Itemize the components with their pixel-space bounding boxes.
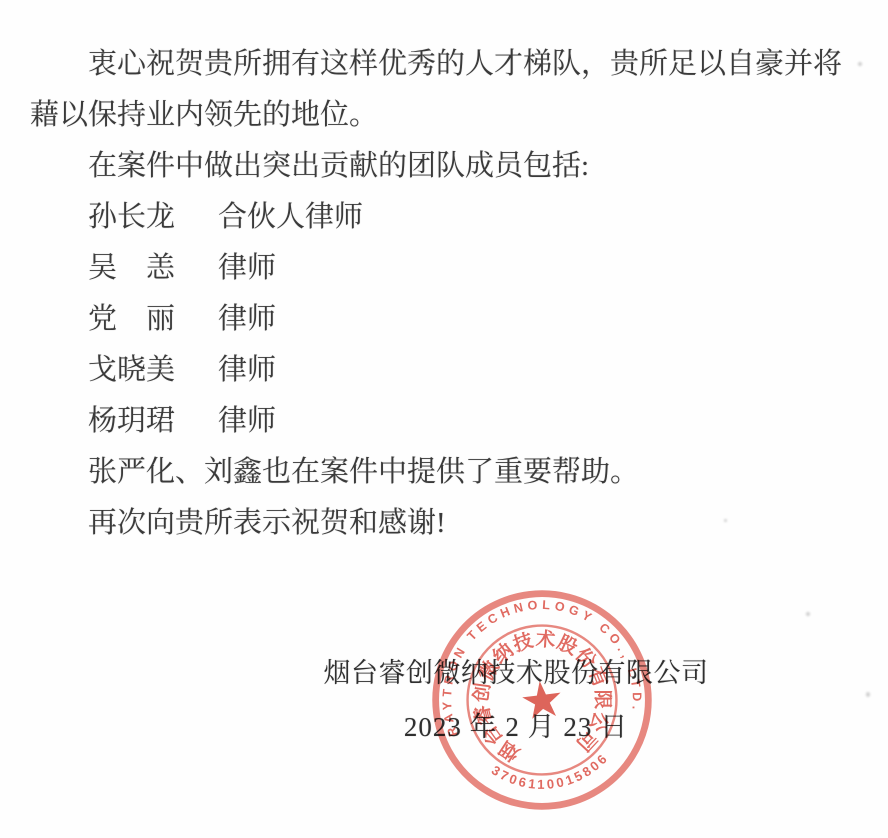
scan-speck xyxy=(806,612,810,616)
seal-number-arc: 3706110015806 xyxy=(487,748,614,798)
member-title: 律师 xyxy=(218,396,276,447)
team-member-row: 杨玥珺 律师 xyxy=(88,396,854,447)
letter-body: 衷心祝贺贵所拥有这样优秀的人才梯队，贵所足以自豪并将藉以保持业内领先的地位。 在… xyxy=(30,39,854,549)
scan-speck xyxy=(858,62,862,66)
member-title: 律师 xyxy=(218,345,276,396)
paragraph-thanks: 再次向贵所表示祝贺和感谢! xyxy=(30,498,854,549)
scan-speck xyxy=(724,519,727,522)
team-member-row: 戈晓美 律师 xyxy=(88,345,854,396)
signature-block: 烟台睿创微纳技术股份有限公司 2023 年 2 月 23 日 xyxy=(306,657,726,743)
member-name: 吴 恙 xyxy=(88,243,178,294)
member-name: 孙长龙 xyxy=(88,192,178,243)
team-member-row: 孙长龙 合伙人律师 xyxy=(88,192,854,243)
team-member-row: 党 丽 律师 xyxy=(88,294,854,345)
document-page: 衷心祝贺贵所拥有这样优秀的人才梯队，贵所足以自豪并将藉以保持业内领先的地位。 在… xyxy=(0,0,888,838)
team-member-row: 吴 恙 律师 xyxy=(88,243,854,294)
member-name: 戈晓美 xyxy=(88,345,178,396)
paragraph-congratulations: 衷心祝贺贵所拥有这样优秀的人才梯队，贵所足以自豪并将藉以保持业内领先的地位。 xyxy=(30,39,854,141)
member-title: 律师 xyxy=(218,243,276,294)
member-title: 合伙人律师 xyxy=(218,192,363,243)
signature-date: 2023 年 2 月 23 日 xyxy=(306,711,726,743)
scan-speck xyxy=(268,167,272,170)
member-name: 党 丽 xyxy=(88,294,178,345)
team-member-list: 孙长龙 合伙人律师 吴 恙 律师 党 丽 律师 戈晓美 律师 杨玥珺 律师 xyxy=(30,192,854,447)
member-name: 杨玥珺 xyxy=(88,396,178,447)
scan-speck xyxy=(866,692,870,697)
paragraph-team-intro: 在案件中做出突出贡献的团队成员包括: xyxy=(30,141,854,192)
signature-company-name: 烟台睿创微纳技术股份有限公司 xyxy=(306,657,726,689)
paragraph-helpers: 张严化、刘鑫也在案件中提供了重要帮助。 xyxy=(30,447,854,498)
member-title: 律师 xyxy=(218,294,276,345)
